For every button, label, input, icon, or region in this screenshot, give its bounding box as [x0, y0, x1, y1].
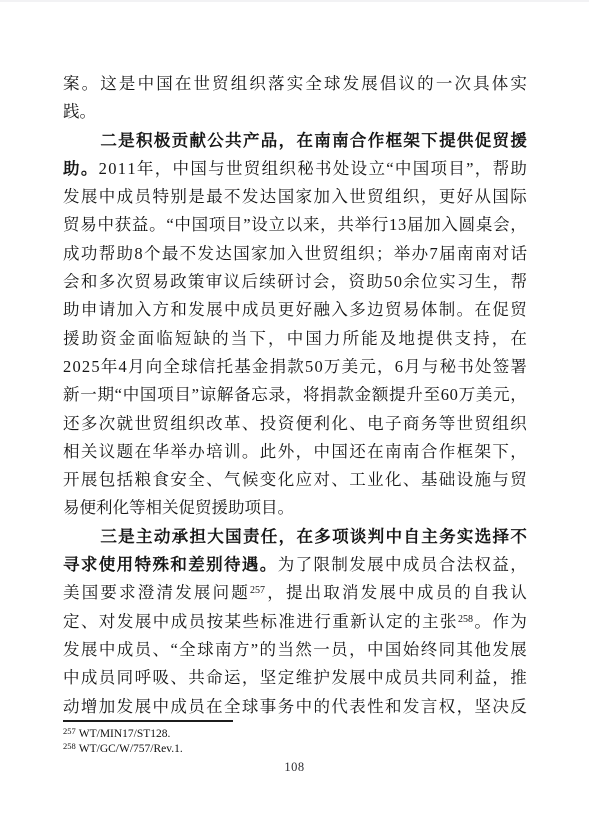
- text-line: 践。: [63, 98, 527, 126]
- footnote-text: WT/GC/W/757/Rev.1.: [79, 743, 183, 755]
- text-line: 案。这是中国在世贸组织落实全球发展倡议的一次具体实: [63, 70, 527, 98]
- text-line: 相关议题在华举办培训。此外，中国还在南南合作框架下，: [63, 438, 527, 466]
- body-text-block: 案。这是中国在世贸组织落实全球发展倡议的一次具体实践。二是积极贡献公共产品，在南…: [63, 70, 527, 721]
- footnote-text: WT/MIN17/ST128.: [79, 728, 171, 740]
- text-line: 2025年4月向全球信托基金捐款50万美元，6月与秘书处签署: [63, 353, 527, 381]
- text-line: 美国要求澄清发展问题257，提出取消发展中成员的自我认: [63, 579, 527, 607]
- footnote-separator: [63, 720, 233, 722]
- text-line: 还多次就世贸组织改革、投资便利化、电子商务等世贸组织: [63, 410, 527, 438]
- footnote: 258WT/GC/W/757/Rev.1.: [63, 742, 527, 757]
- footnote-marker: 257: [63, 726, 76, 736]
- text-line: 助。2011年，中国与世贸组织秘书处设立“中国项目”，帮助: [63, 155, 527, 183]
- page-number: 108: [0, 760, 589, 775]
- footnotes-section: 257WT/MIN17/ST128. 258WT/GC/W/757/Rev.1.: [63, 720, 527, 757]
- footnote: 257WT/MIN17/ST128.: [63, 727, 527, 742]
- text-line: 助申请加入方和发展中成员更好融入多边贸易体制。在促贸: [63, 296, 527, 324]
- text-line: 寻求使用特殊和差别待遇。为了限制发展中成员合法权益，: [63, 551, 527, 579]
- footnote-reference: 257: [250, 586, 265, 596]
- document-page: 案。这是中国在世贸组织落实全球发展倡议的一次具体实践。二是积极贡献公共产品，在南…: [0, 0, 589, 834]
- page-top-edge: [0, 0, 589, 2]
- text-line: 三是主动承担大国责任，在多项谈判中自主务实选择不: [63, 523, 527, 551]
- text-line: 定、对发展中成员按某些标准进行重新认定的主张258。作为: [63, 608, 527, 636]
- text-line: 二是积极贡献公共产品，在南南合作框架下提供促贸援: [63, 127, 527, 155]
- text-line: 成功帮助8个最不发达国家加入世贸组织；举办7届南南对话: [63, 240, 527, 268]
- text-line: 援助资金面临短缺的当下，中国力所能及地提供支持，在: [63, 325, 527, 353]
- text-line: 贸易中获益。“中国项目”设立以来，共举行13届加入圆桌会，: [63, 211, 527, 239]
- text-line: 发展中成员特别是最不发达国家加入世贸组织，更好从国际: [63, 183, 527, 211]
- footnote-reference: 258: [458, 615, 473, 625]
- text-line: 新一期“中国项目”谅解备忘录，将捐款金额提升至60万美元，: [63, 381, 527, 409]
- text-line: 易便利化等相关促贸援助项目。: [63, 494, 527, 522]
- text-line: 开展包括粮食安全、气候变化应对、工业化、基础设施与贸: [63, 466, 527, 494]
- text-line: 动增加发展中成员在全球事务中的代表性和发言权，坚决反: [63, 693, 527, 721]
- text-line: 发展中成员、“全球南方”的当然一员，中国始终同其他发展: [63, 636, 527, 664]
- text-line: 会和多次贸易政策审议后续研讨会，资助50余位实习生，帮: [63, 268, 527, 296]
- text-line: 中成员同呼吸、共命运，坚定维护发展中成员共同利益，推: [63, 664, 527, 692]
- footnote-marker: 258: [63, 741, 76, 751]
